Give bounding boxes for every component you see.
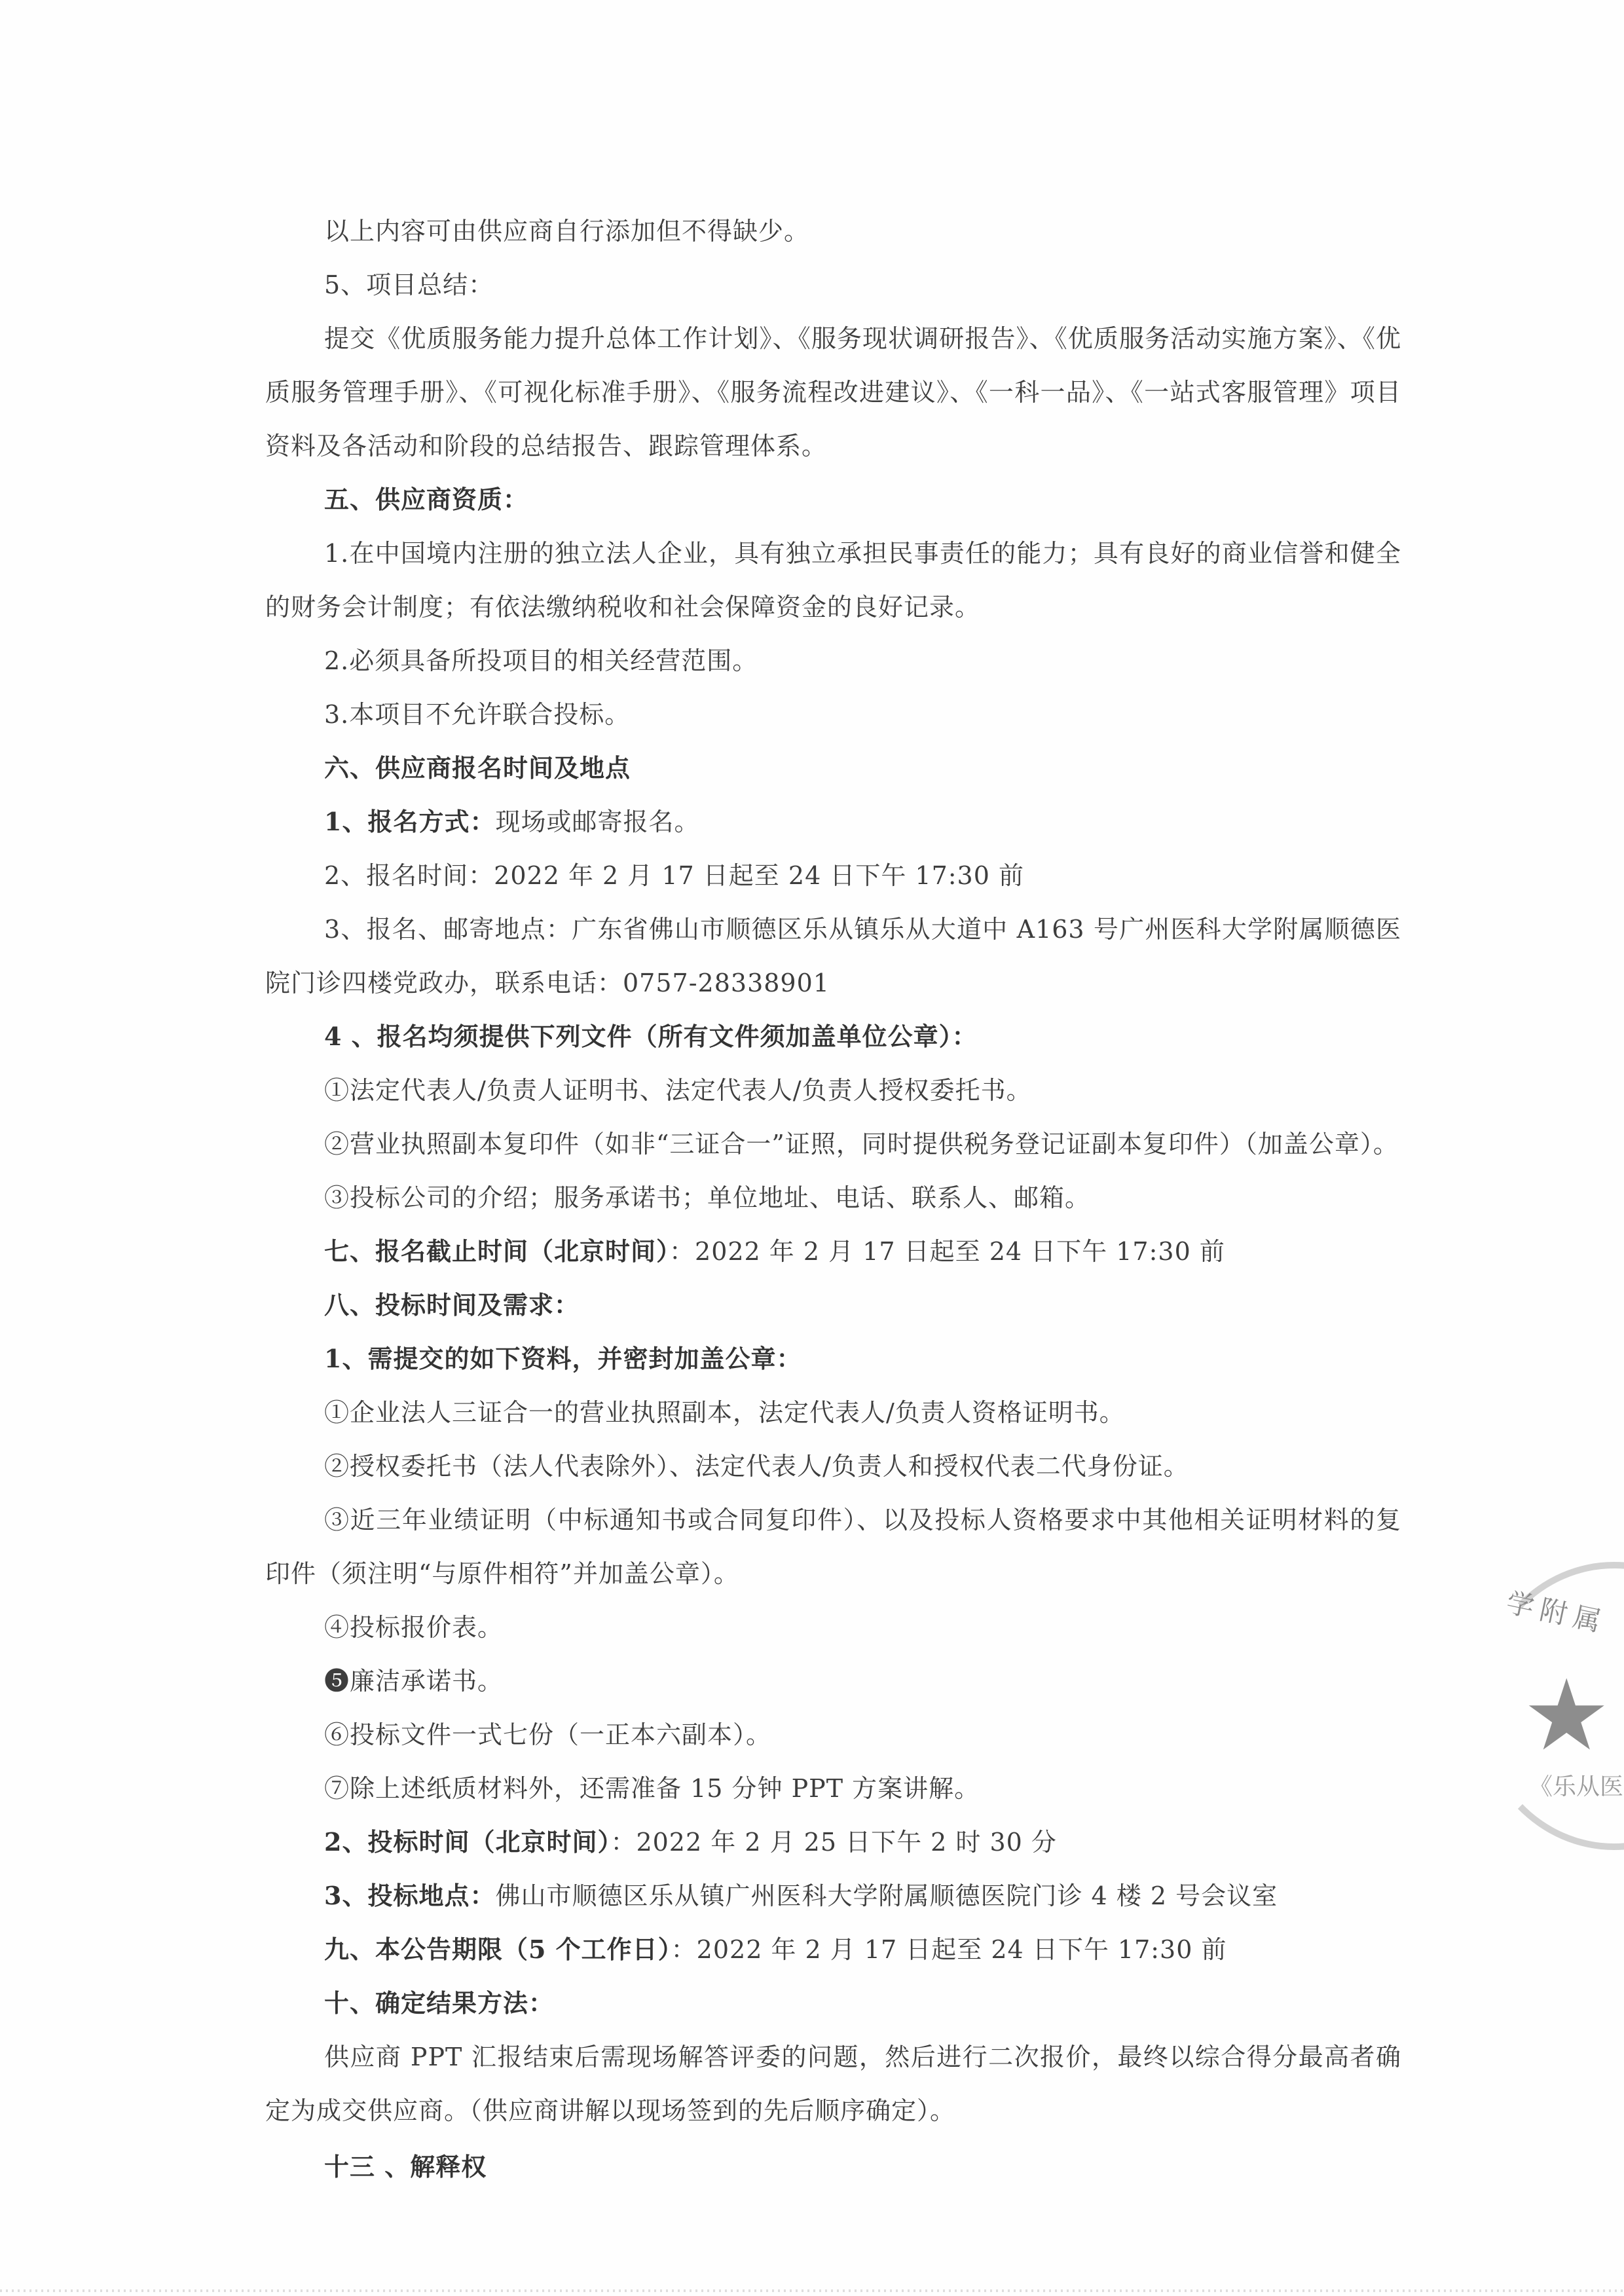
item-project-summary-heading: 5、项目总结： bbox=[265, 258, 1401, 312]
registration-doc-2: ②营业执照副本复印件（如非“三证合一”证照，同时提供税务登记证副本复印件）（加盖… bbox=[265, 1117, 1401, 1171]
star-icon: ★ bbox=[1522, 1667, 1610, 1765]
paragraph-project-summary: 提交《优质服务能力提升总体工作计划》、《服务现状调研报告》、《优质服务活动实施方… bbox=[265, 312, 1401, 473]
scan-edge-artifact bbox=[0, 2289, 1624, 2292]
announcement-period-value: ：2022 年 2 月 17 日起至 24 日下午 17:30 前 bbox=[671, 1935, 1227, 1964]
bidding-material-1: ①企业法人三证合一的营业执照副本，法定代表人/负责人资格证明书。 bbox=[265, 1386, 1401, 1439]
bidding-material-6: ⑥投标文件一式七份（一正本六副本）。 bbox=[265, 1708, 1401, 1762]
section-heading-bidding: 八、投标时间及需求： bbox=[265, 1278, 1401, 1332]
registration-deadline-label: 七、报名截止时间（北京时间） bbox=[324, 1236, 669, 1266]
registration-doc-1: ①法定代表人/负责人证明书、法定代表人/负责人授权委托书。 bbox=[265, 1064, 1401, 1117]
section-heading-registration: 六、供应商报名时间及地点 bbox=[265, 741, 1401, 795]
registration-method: 1、报名方式：现场或邮寄报名。 bbox=[265, 795, 1401, 849]
seal-bottom-text: 《乐从医院》 bbox=[1529, 1768, 1624, 1802]
qualification-item-2: 2.必须具备所投项目的相关经营范围。 bbox=[265, 634, 1401, 688]
registration-doc-3: ③投标公司的介绍；服务承诺书；单位地址、电话、联系人、邮箱。 bbox=[265, 1171, 1401, 1225]
registration-deadline: 七、报名截止时间（北京时间）：2022 年 2 月 17 日起至 24 日下午 … bbox=[265, 1225, 1401, 1278]
bidding-materials-heading: 1、需提交的如下资料，并密封加盖公章： bbox=[265, 1332, 1401, 1386]
document-body: 以上内容可由供应商自行添加但不得缺少。 5、项目总结： 提交《优质服务能力提升总… bbox=[265, 204, 1401, 2194]
section-heading-result-method: 十、确定结果方法： bbox=[265, 1976, 1401, 2030]
registration-documents-heading: 4 、报名均须提供下列文件（所有文件须加盖单位公章）： bbox=[265, 1010, 1401, 1064]
bidding-location-label: 3、投标地点： bbox=[324, 1881, 495, 1910]
qualification-item-3: 3.本项目不允许联合投标。 bbox=[265, 688, 1401, 741]
bidding-time-value: ：2022 年 2 月 25 日下午 2 时 30 分 bbox=[610, 1828, 1056, 1857]
registration-time: 2、报名时间：2022 年 2 月 17 日起至 24 日下午 17:30 前 bbox=[265, 849, 1401, 902]
bidding-time-label: 2、投标时间（北京时间） bbox=[324, 1827, 610, 1857]
qualification-item-1: 1.在中国境内注册的独立法人企业，具有独立承担民事责任的能力；具有良好的商业信誉… bbox=[265, 527, 1401, 634]
bidding-location: 3、投标地点：佛山市顺德区乐从镇广州医科大学附属顺德医院门诊 4 楼 2 号会议… bbox=[265, 1869, 1401, 1923]
section-heading-interpretation: 十三 、解释权 bbox=[265, 2140, 1401, 2194]
section-heading-supplier-qualification: 五、供应商资质： bbox=[265, 473, 1401, 527]
registration-method-value: 现场或邮寄报名。 bbox=[495, 807, 699, 836]
bidding-material-7: ⑦除上述纸质材料外，还需准备 15 分钟 PPT 方案讲解。 bbox=[265, 1762, 1401, 1815]
document-page: 以上内容可由供应商自行添加但不得缺少。 5、项目总结： 提交《优质服务能力提升总… bbox=[0, 0, 1624, 2296]
registration-address: 3、报名、邮寄地点：广东省佛山市顺德区乐从镇乐从大道中 A163 号广州医科大学… bbox=[265, 902, 1401, 1010]
registration-method-label: 1、报名方式： bbox=[324, 807, 495, 836]
bidding-material-2: ②授权委托书（法人代表除外）、法定代表人/负责人和授权代表二代身份证。 bbox=[265, 1439, 1401, 1493]
result-method-body: 供应商 PPT 汇报结束后需现场解答评委的问题，然后进行二次报价，最终以综合得分… bbox=[265, 2030, 1401, 2138]
bidding-material-5: ❺廉洁承诺书。 bbox=[265, 1654, 1401, 1708]
registration-deadline-value: ：2022 年 2 月 17 日起至 24 日下午 17:30 前 bbox=[669, 1237, 1225, 1266]
announcement-period: 九、本公告期限（5 个工作日）：2022 年 2 月 17 日起至 24 日下午… bbox=[265, 1923, 1401, 1976]
announcement-period-label: 九、本公告期限（5 个工作日） bbox=[324, 1935, 671, 1964]
bidding-material-4: ④投标报价表。 bbox=[265, 1601, 1401, 1654]
bidding-material-3: ③近三年业绩证明（中标通知书或合同复印件）、以及投标人资格要求中其他相关证明材料… bbox=[265, 1493, 1401, 1601]
bidding-time: 2、投标时间（北京时间）：2022 年 2 月 25 日下午 2 时 30 分 bbox=[265, 1815, 1401, 1869]
paragraph-note: 以上内容可由供应商自行添加但不得缺少。 bbox=[265, 204, 1401, 258]
bidding-location-value: 佛山市顺德区乐从镇广州医科大学附属顺德医院门诊 4 楼 2 号会议室 bbox=[495, 1881, 1278, 1910]
